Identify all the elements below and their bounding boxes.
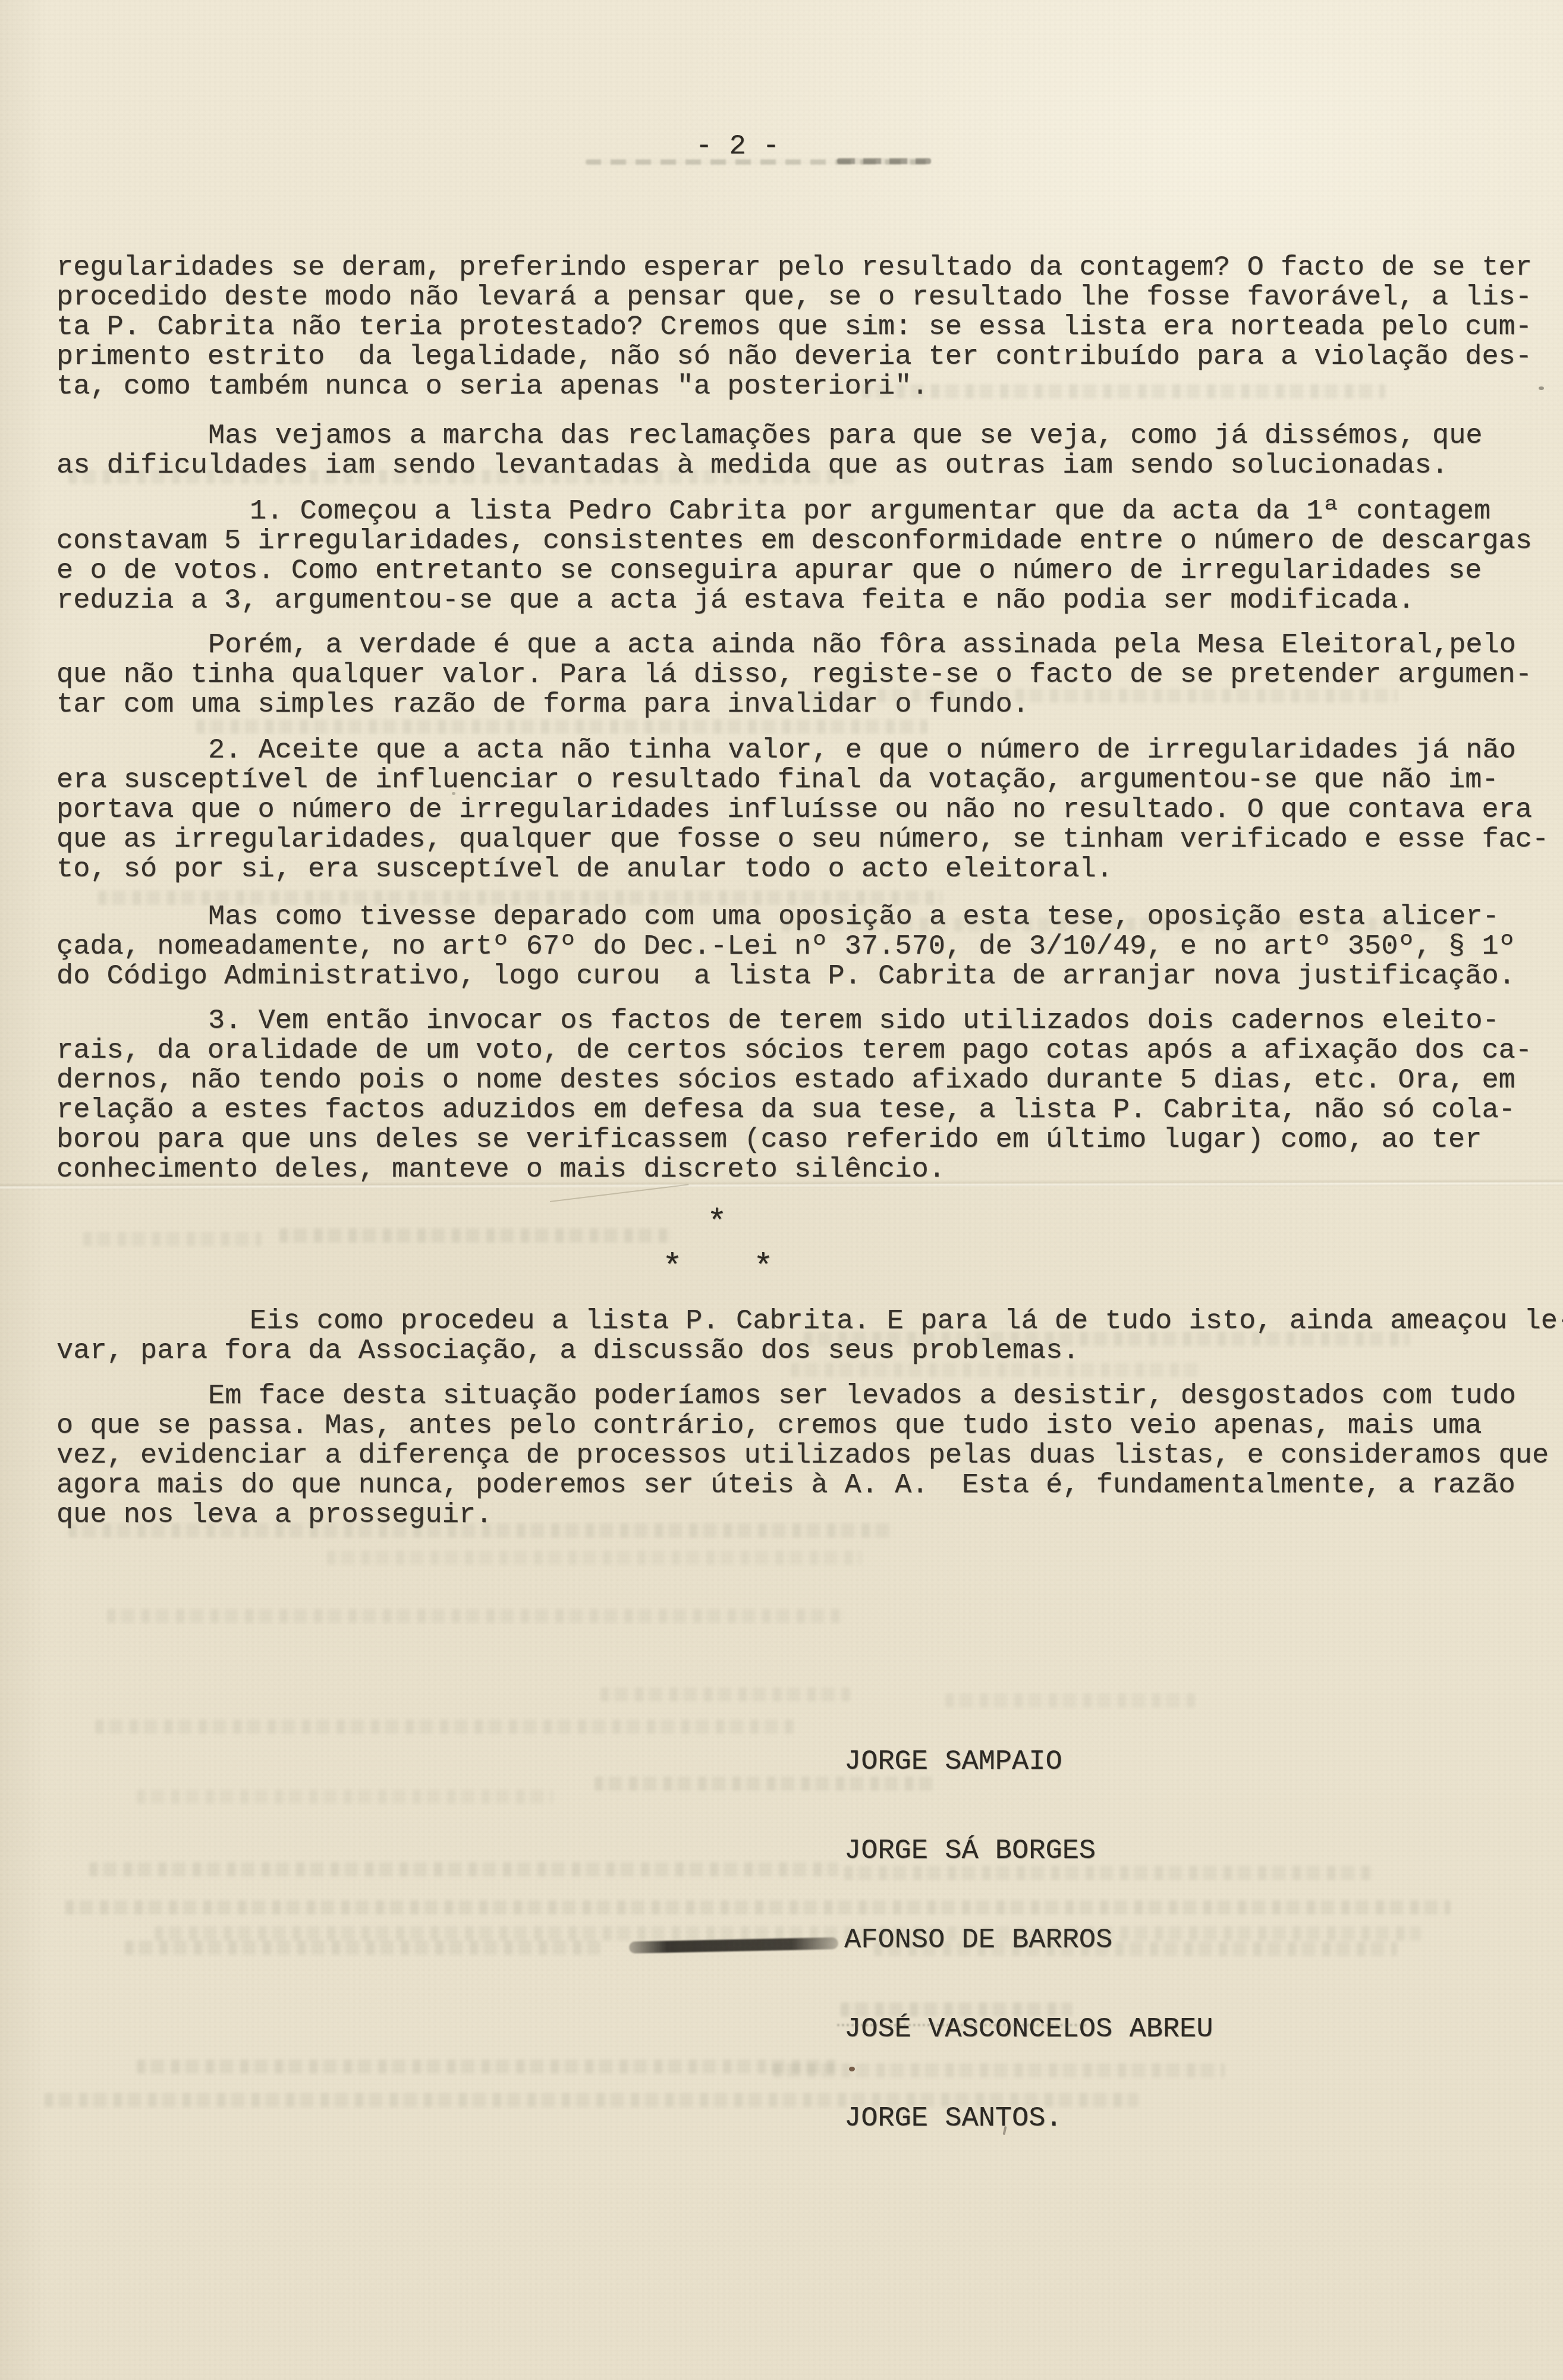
bleed-through-artifact [95, 1719, 797, 1734]
bleed-through-artifact [804, 1332, 1410, 1346]
bleed-through-artifact [844, 1866, 1373, 1880]
signature-name: JOSÉ VASCONCELOS ABREU [844, 2015, 1213, 2045]
faded-header-underline-segment [837, 158, 931, 164]
paragraph: regularidades se deram, preferindo esper… [56, 253, 1543, 402]
paper-background: - 2 - regularidades se deram, preferindo… [0, 0, 1563, 2380]
bleed-through-artifact [773, 2063, 1225, 2077]
bleed-through-artifact [327, 1551, 862, 1565]
bleed-through-artifact [125, 1941, 600, 1955]
paragraph: Em face desta situação poderíamos ser le… [56, 1382, 1543, 1530]
page-number: - 2 - [696, 132, 779, 162]
scanned-document-page: { "page": { "number_label": "- 2 -", "la… [0, 0, 1563, 2380]
signature-name: JORGE SANTOS. [844, 2104, 1213, 2134]
bleed-through-artifact [45, 2093, 1139, 2107]
bleed-through-artifact [945, 1693, 1195, 1708]
bleed-through-artifact [862, 384, 1385, 398]
signature-name: JORGE SÁ BORGES [844, 1837, 1213, 1866]
paragraph: Mas como tivesse deparado com uma oposiç… [56, 903, 1543, 992]
bleed-through-artifact [83, 1232, 262, 1246]
paragraph: 1. Começou a lista Pedro Cabrita por arg… [56, 497, 1543, 616]
bleed-through-artifact [68, 1523, 895, 1538]
bleed-through-underline [837, 2020, 1087, 2026]
paragraph: 2. Aceite que a acta não tinha valor, e … [56, 736, 1543, 885]
signature-list: JORGE SAMPAIO JORGE SÁ BORGES AFONSO DE … [844, 1688, 1213, 2193]
paragraph: 3. Vem então invocar os factos de terem … [56, 1007, 1543, 1185]
asterisk-separator: * [707, 1206, 727, 1239]
asterisk-separator: * [662, 1250, 683, 1284]
paper-speck [452, 792, 455, 795]
bleed-through-artifact [137, 2060, 838, 2074]
bleed-through-artifact [279, 1228, 672, 1243]
bleed-through-artifact [107, 1609, 844, 1623]
bleed-through-artifact [595, 1777, 933, 1791]
asterisk-separator: * [753, 1250, 773, 1284]
bleed-through-artifact [809, 688, 1397, 703]
paragraph: Porém, a verdade é que a acta ainda não … [56, 631, 1543, 720]
bleed-through-artifact [137, 1790, 553, 1804]
bleed-through-artifact [68, 470, 859, 484]
paper-speck [849, 2067, 855, 2071]
bleed-through-artifact [841, 2002, 1073, 2017]
bleed-through-artifact [874, 1942, 1397, 1956]
signature-name: JORGE SAMPAIO [844, 1747, 1213, 1777]
paper-speck [1539, 386, 1544, 390]
bleed-through-artifact [98, 891, 942, 905]
bleed-through-artifact [196, 719, 927, 734]
bleed-through-artifact [89, 1862, 838, 1876]
bleed-through-artifact [782, 917, 1460, 932]
bleed-through-artifact [600, 1687, 850, 1702]
bleed-through-artifact [791, 1363, 1201, 1377]
bleed-through-artifact [65, 1900, 1451, 1914]
